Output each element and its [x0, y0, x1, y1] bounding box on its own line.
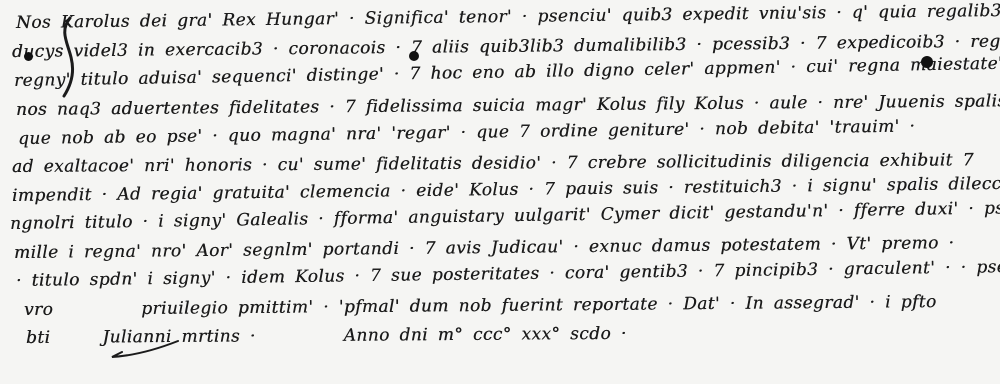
manuscript-page: Nos Karolus dei gra' Rex Hungar' · Signi…: [0, 0, 1000, 384]
manuscript-text-segment: bti: [26, 328, 50, 348]
ink-blot: [921, 56, 933, 68]
manuscript-line: que nob ab eo pse' · quo magna' nra' 're…: [18, 116, 916, 149]
manuscript-text-segment: priuilegio pmittim' · 'pfmal' dum nob fu…: [141, 292, 937, 319]
manuscript-line: ad exaltacoe' nri' honoris · cu' sume' f…: [12, 150, 974, 177]
manuscript-text-segment: Anno dni m° ccc° xxx° scdo ·: [344, 324, 627, 346]
manuscript-line: Nos Karolus dei gra' Rex Hungar' · Signi…: [16, 1, 1000, 33]
manuscript-line: · titulo spdn' i signy' · idem Kolus · 7…: [16, 257, 1000, 291]
ink-blot: [24, 52, 33, 61]
manuscript-text-segment: · titulo spdn' i signy' · idem Kolus · 7…: [16, 257, 1000, 291]
manuscript-line: mille i regna' nro' Aor' segnlm' portand…: [14, 233, 955, 263]
manuscript-text-segment: Julianni mrtins ·: [102, 326, 255, 347]
manuscript-line: btiJulianni mrtins ·Anno dni m° ccc° xxx…: [26, 324, 627, 348]
manuscript-text-segment: ad exaltacoe' nri' honoris · cu' sume' f…: [12, 150, 974, 177]
manuscript-text-segment: vro: [24, 300, 53, 320]
manuscript-text-segment: que nob ab eo pse' · quo magna' nra' 're…: [18, 116, 916, 149]
manuscript-text-segment: nos naq3 aduertentes fidelitates · 7 fid…: [16, 91, 1000, 120]
manuscript-text-segment: Nos Karolus dei gra' Rex Hungar' · Signi…: [16, 1, 1000, 33]
manuscript-text-segment: mille i regna' nro' Aor' segnlm' portand…: [14, 233, 955, 263]
manuscript-line: nos naq3 aduertentes fidelitates · 7 fid…: [16, 91, 1000, 120]
ink-blot: [409, 51, 419, 61]
manuscript-line: vropriuilegio pmittim' · 'pfmal' dum nob…: [24, 292, 937, 320]
